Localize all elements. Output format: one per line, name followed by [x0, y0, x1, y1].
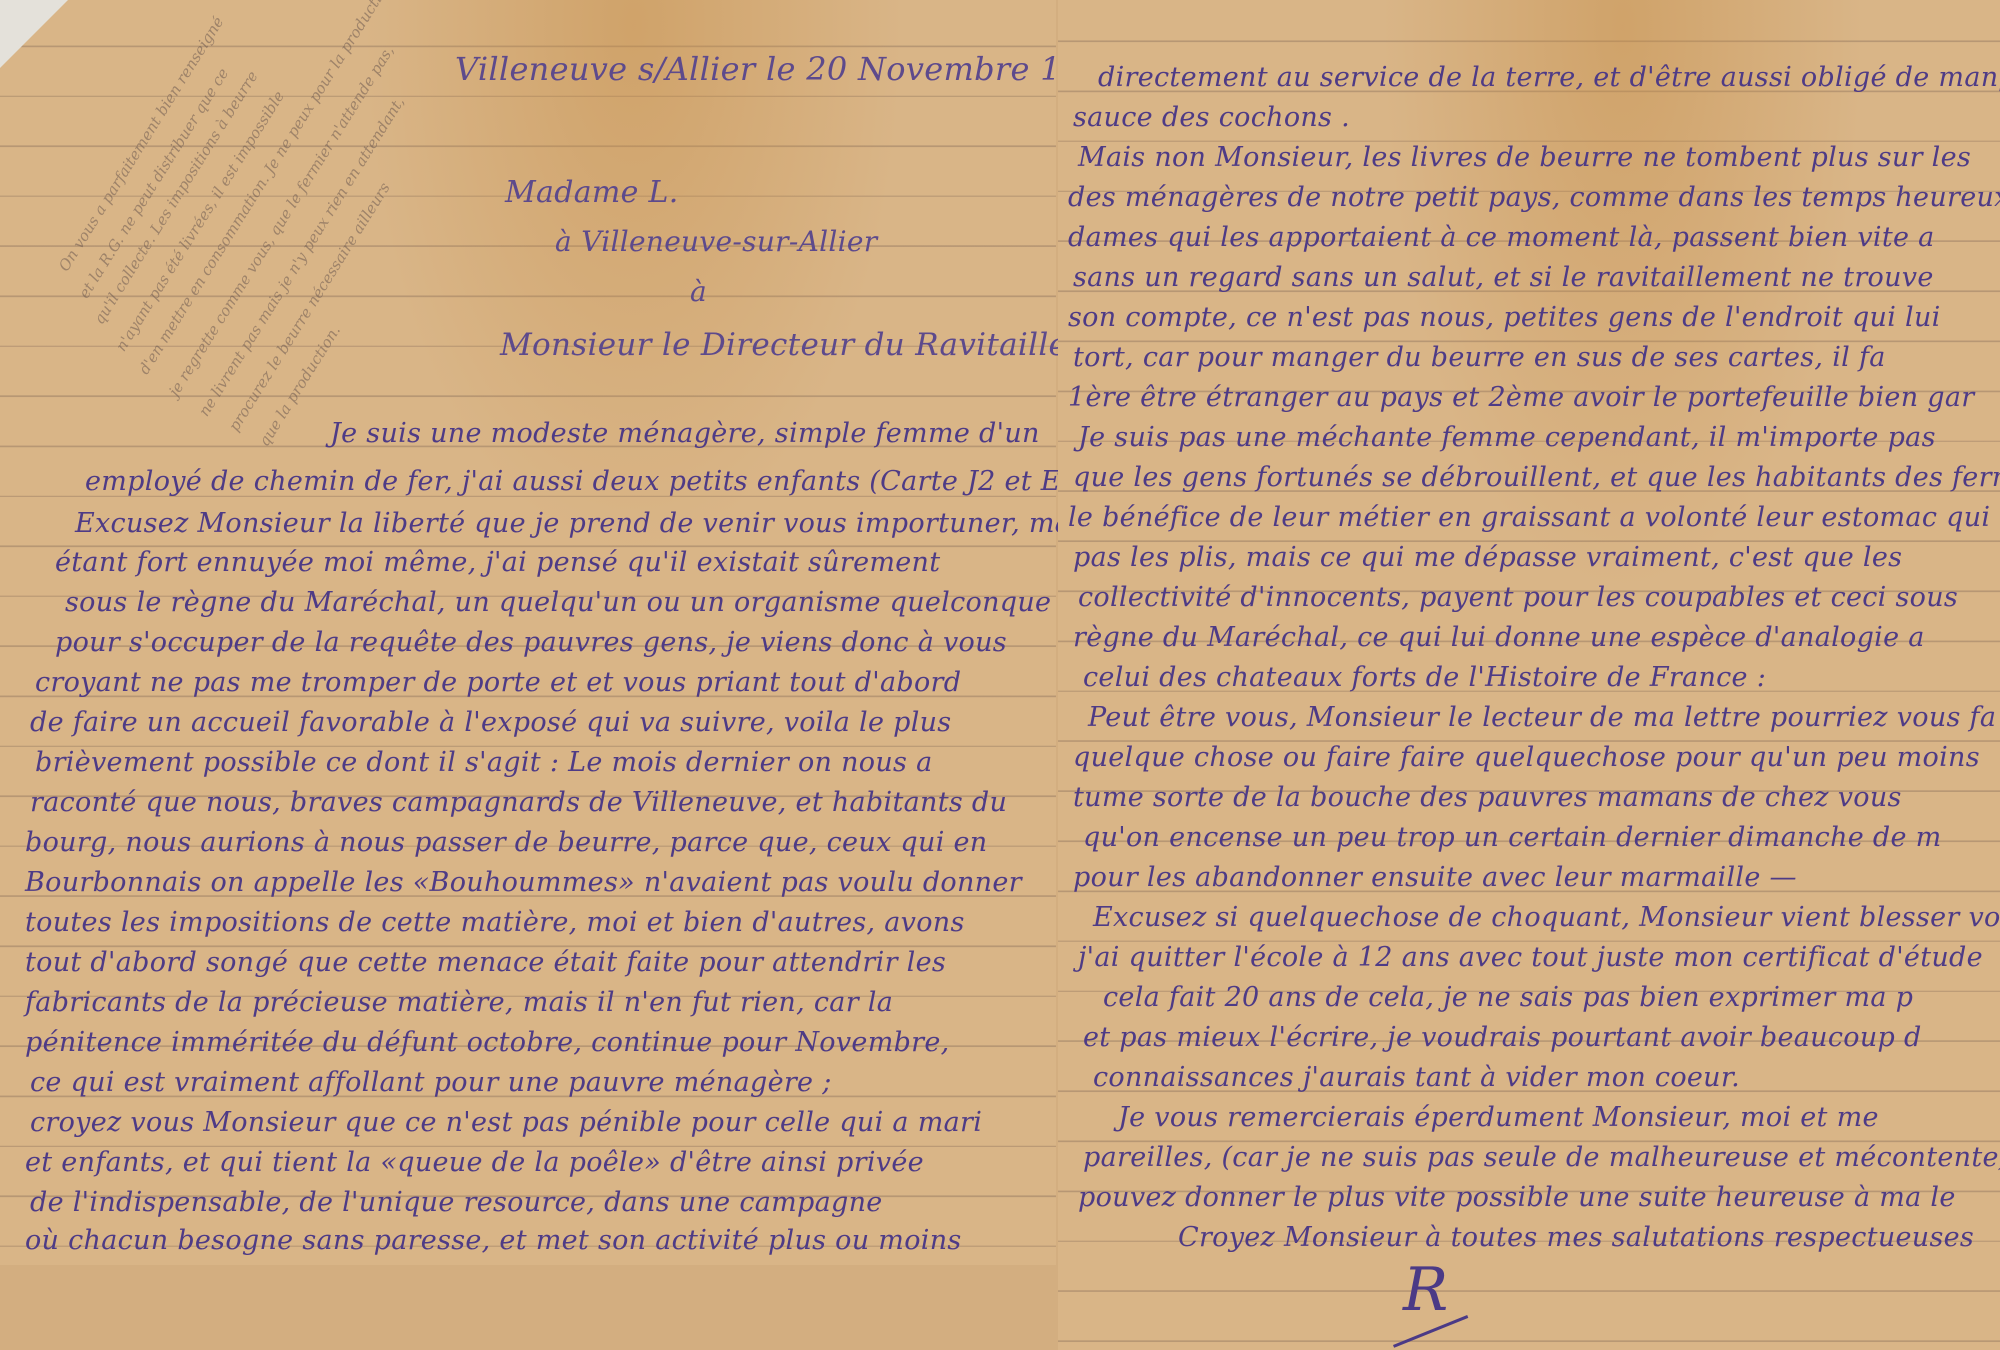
sender-name: Madame L.	[505, 175, 679, 210]
body-line: le bénéfice de leur métier en graissant …	[1068, 502, 2000, 533]
recipient: Monsieur le Directeur du Ravitaillement	[500, 327, 1149, 363]
body-line: Bourbonnais on appelle les «Bouhoummes» …	[25, 867, 1022, 898]
body-line: Je suis une modeste ménagère, simple fem…	[330, 418, 1040, 449]
body-line: brièvement possible ce dont il s'agit : …	[35, 747, 933, 778]
body-line: règne du Maréchal, ce qui lui donne une …	[1073, 622, 1925, 653]
body-line: cela fait 20 ans de cela, je ne sais pas…	[1103, 982, 1913, 1013]
body-line: fabricants de la précieuse matière, mais…	[25, 987, 893, 1018]
body-line: que les gens fortunés se débrouillent, e…	[1073, 462, 2000, 493]
body-line: pour les abandonner ensuite avec leur ma…	[1073, 862, 1797, 893]
body-line: toutes les impositions de cette matière,…	[25, 907, 965, 938]
body-line: de faire un accueil favorable à l'exposé…	[30, 707, 951, 738]
dateline: Villeneuve s/Allier le 20 Novembre 1943	[455, 50, 1123, 88]
body-line: de l'indispensable, de l'unique resource…	[30, 1187, 883, 1218]
addressee-prefix: à	[690, 275, 707, 308]
body-line: croyant ne pas me tromper de porte et et…	[35, 667, 961, 698]
body-line: croyez vous Monsieur que ce n'est pas pé…	[30, 1107, 982, 1138]
body-line: pareilles, (car je ne suis pas seule de …	[1083, 1142, 2000, 1173]
body-line: des ménagères de notre petit pays, comme…	[1068, 182, 2000, 213]
body-line: étant fort ennuyée moi même, j'ai pensé …	[55, 547, 940, 578]
body-line: pénitence imméritée du défunt octobre, c…	[25, 1027, 950, 1058]
folded-corner	[0, 0, 68, 68]
body-line: son compte, ce n'est pas nous, petites g…	[1068, 302, 1941, 333]
body-line: tout d'abord songé que cette menace étai…	[25, 947, 946, 978]
body-line: Je vous remercierais éperdument Monsieur…	[1118, 1102, 1879, 1133]
body-line: raconté que nous, braves campagnards de …	[30, 787, 1007, 818]
body-line: employé de chemin de fer, j'ai aussi deu…	[85, 466, 1072, 497]
signature: R	[1403, 1255, 1448, 1325]
letter-page-right: directement au service de la terre, et d…	[1058, 0, 2000, 1350]
body-line: pour s'occuper de la requête des pauvres…	[55, 627, 1007, 658]
body-line: bourg, nous aurions à nous passer de beu…	[25, 827, 987, 858]
body-line: j'ai quitter l'école à 12 ans avec tout …	[1078, 942, 1983, 973]
body-line: tort, car pour manger du beurre en sus d…	[1073, 342, 1886, 373]
sender-place: à Villeneuve-sur-Allier	[555, 225, 877, 258]
margin-note-line: procurez le beurre nécessaire ailleurs	[225, 179, 394, 434]
body-line: Peut être vous, Monsieur le lecteur de m…	[1088, 702, 1996, 733]
body-line: directement au service de la terre, et d…	[1098, 62, 2000, 93]
body-line: Je suis pas une méchante femme cependant…	[1078, 422, 1936, 453]
body-line: sans un regard sans un salut, et si le r…	[1073, 262, 1934, 293]
letter-page-left: Villeneuve s/Allier le 20 Novembre 1943 …	[0, 0, 1056, 1265]
body-line: et enfants, et qui tient la «queue de la…	[25, 1147, 924, 1178]
body-line: connaissances j'aurais tant à vider mon …	[1093, 1062, 1740, 1093]
body-line: pas les plis, mais ce qui me dépasse vra…	[1073, 542, 1902, 573]
body-line: qu'on encense un peu trop un certain der…	[1083, 822, 1942, 853]
body-line: Excusez si quelquechose de choquant, Mon…	[1093, 902, 2000, 933]
body-line: et pas mieux l'écrire, je voudrais pourt…	[1083, 1022, 1922, 1053]
body-line: tume sorte de la bouche des pauvres mama…	[1073, 782, 1902, 813]
body-line: quelque chose ou faire faire quelquechos…	[1073, 742, 1980, 773]
body-line: sous le règne du Maréchal, un quelqu'un …	[65, 587, 1051, 618]
body-line: sauce des cochons .	[1073, 102, 1350, 133]
body-line: où chacun besogne sans paresse, et met s…	[25, 1225, 962, 1256]
body-line: dames qui les apportaient à ce moment là…	[1068, 222, 1935, 253]
body-line: 1ère être étranger au pays et 2ème avoir…	[1068, 382, 1974, 413]
body-line: ce qui est vraiment affollant pour une p…	[30, 1067, 832, 1098]
body-line: collectivité d'innocents, payent pour le…	[1078, 582, 1958, 613]
body-line: pouvez donner le plus vite possible une …	[1078, 1182, 1956, 1213]
body-line: celui des chateaux forts de l'Histoire d…	[1083, 662, 1766, 693]
closing-salutation: Croyez Monsieur à toutes mes salutations…	[1178, 1222, 1974, 1253]
body-line: Excusez Monsieur la liberté que je prend…	[75, 508, 1094, 539]
body-line: Mais non Monsieur, les livres de beurre …	[1078, 142, 1971, 173]
